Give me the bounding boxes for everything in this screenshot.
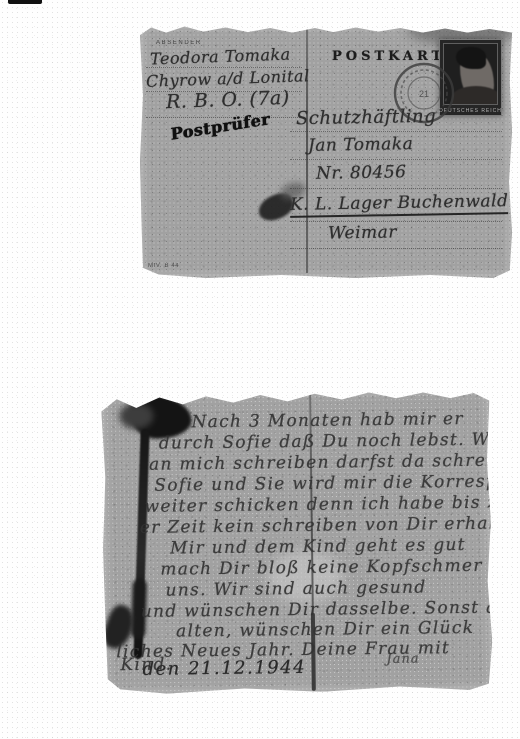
postcard-back: Nach 3 Monaten hab mir er durch Sofie da… xyxy=(101,389,493,695)
address-line: Nr. 80456 xyxy=(316,162,407,184)
ink-drip xyxy=(133,429,149,659)
ruled-line xyxy=(290,131,502,132)
absender-label: ABSENDER xyxy=(156,40,202,46)
censor-stamp: Postprüfer xyxy=(170,109,270,144)
sender-name: Teodora Tomaka xyxy=(150,45,291,69)
message-line: mach Dir bloß keine Kopfschmer xyxy=(160,556,483,581)
ruled-line xyxy=(290,248,502,249)
form-number: MfV. B 44 xyxy=(148,263,179,269)
postcard-front: ABSENDER Teodora Tomaka Chyrow a/d Lonit… xyxy=(140,25,512,278)
ruled-line xyxy=(146,91,302,92)
scan-artifact-mark xyxy=(8,0,42,4)
ruled-line xyxy=(146,67,302,68)
date-line: den 21.12.1944 xyxy=(142,657,306,680)
portrait-icon xyxy=(460,52,494,104)
signature: Jana xyxy=(386,652,419,667)
address-line: Schutzhäftling xyxy=(296,106,437,129)
ink-stain xyxy=(129,394,192,439)
postmark-date: 21 xyxy=(419,89,429,99)
ruled-line xyxy=(290,188,502,189)
ruled-line xyxy=(290,221,502,222)
address-line: Jan Tomaka xyxy=(308,134,414,156)
scanned-page: ABSENDER Teodora Tomaka Chyrow a/d Lonit… xyxy=(0,0,520,739)
address-line: Weimar xyxy=(328,222,397,243)
ruled-line xyxy=(290,159,502,160)
address-line-camp: K. L. Lager Buchenwald xyxy=(290,191,509,218)
